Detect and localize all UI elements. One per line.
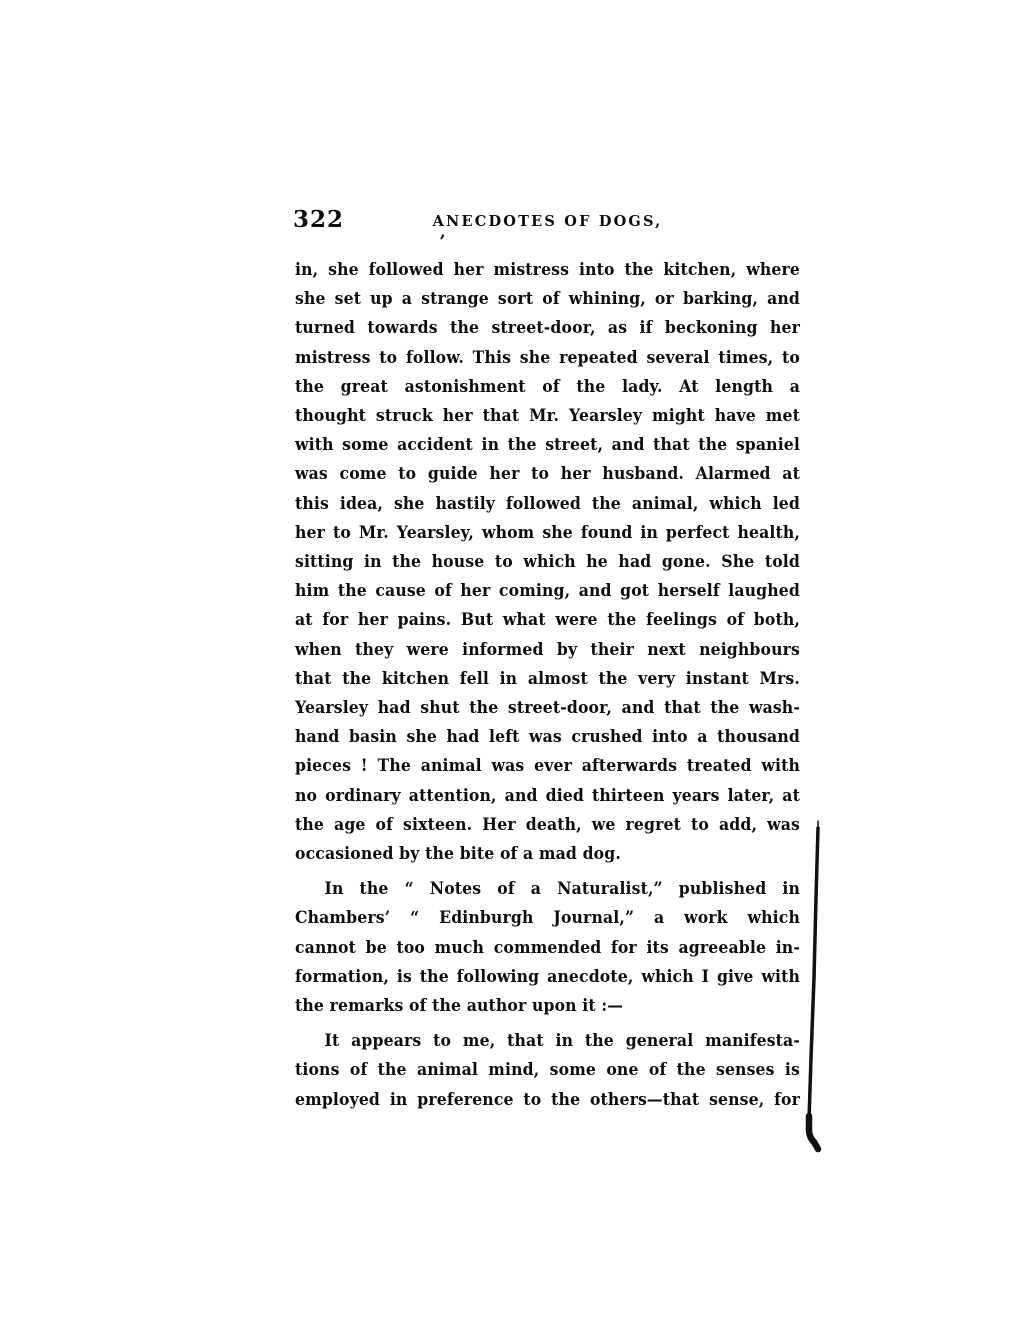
text-line: that the kitchen fell in almost the very…: [295, 665, 800, 694]
text-line: the great astonishment of the lady. At l…: [295, 373, 800, 402]
text-line: sitting in the house to which he had gon…: [295, 548, 800, 577]
scan-artifact-line: [795, 818, 835, 1163]
text-line: In the “ Notes of a Naturalist,” publish…: [295, 875, 800, 904]
text-line: pieces ! The animal was ever afterwards …: [295, 752, 800, 781]
text-line: when they were informed by their next ne…: [295, 636, 800, 665]
text-line: thought struck her that Mr. Yearsley mig…: [295, 402, 800, 431]
text-line: Chambers’ “ Edinburgh Journal,” a work w…: [295, 904, 800, 933]
running-title: ANECDOTES OF DOGS,: [295, 213, 800, 230]
text-line: tions of the animal mind, some one of th…: [295, 1056, 800, 1085]
text-line: occasioned by the bite of a mad dog.: [295, 840, 800, 869]
text-line: It appears to me, that in the general ma…: [295, 1027, 800, 1056]
text-line: no ordinary attention, and died thirteen…: [295, 782, 800, 811]
text-line: the age of sixteen. Her death, we regret…: [295, 811, 800, 840]
text-line: the remarks of the author upon it :—: [295, 992, 800, 1021]
text-line: with some accident in the street, and th…: [295, 431, 800, 460]
text-line: cannot be too much commended for its agr…: [295, 934, 800, 963]
text-line: Yearsley had shut the street-door, and t…: [295, 694, 800, 723]
stray-ink-mark: ,: [440, 222, 446, 241]
text-line: turned towards the street-door, as if be…: [295, 314, 800, 343]
book-page: 322 ANECDOTES OF DOGS, , in, she followe…: [0, 0, 1033, 1339]
body-text: in, she followed her mistress into the k…: [295, 256, 800, 1115]
text-line: was come to guide her to her husband. Al…: [295, 460, 800, 489]
text-line: she set up a strange sort of whining, or…: [295, 285, 800, 314]
text-line: mistress to follow. This she repeated se…: [295, 344, 800, 373]
text-line: hand basin she had left was crushed into…: [295, 723, 800, 752]
text-line: employed in preference to the others—tha…: [295, 1086, 800, 1115]
text-line: at for her pains. But what were the feel…: [295, 606, 800, 635]
text-line: in, she followed her mistress into the k…: [295, 256, 800, 285]
text-line: formation, is the following anecdote, wh…: [295, 963, 800, 992]
text-line: him the cause of her coming, and got her…: [295, 577, 800, 606]
text-line: this idea, she hastily followed the anim…: [295, 490, 800, 519]
text-line: her to Mr. Yearsley, whom she found in p…: [295, 519, 800, 548]
